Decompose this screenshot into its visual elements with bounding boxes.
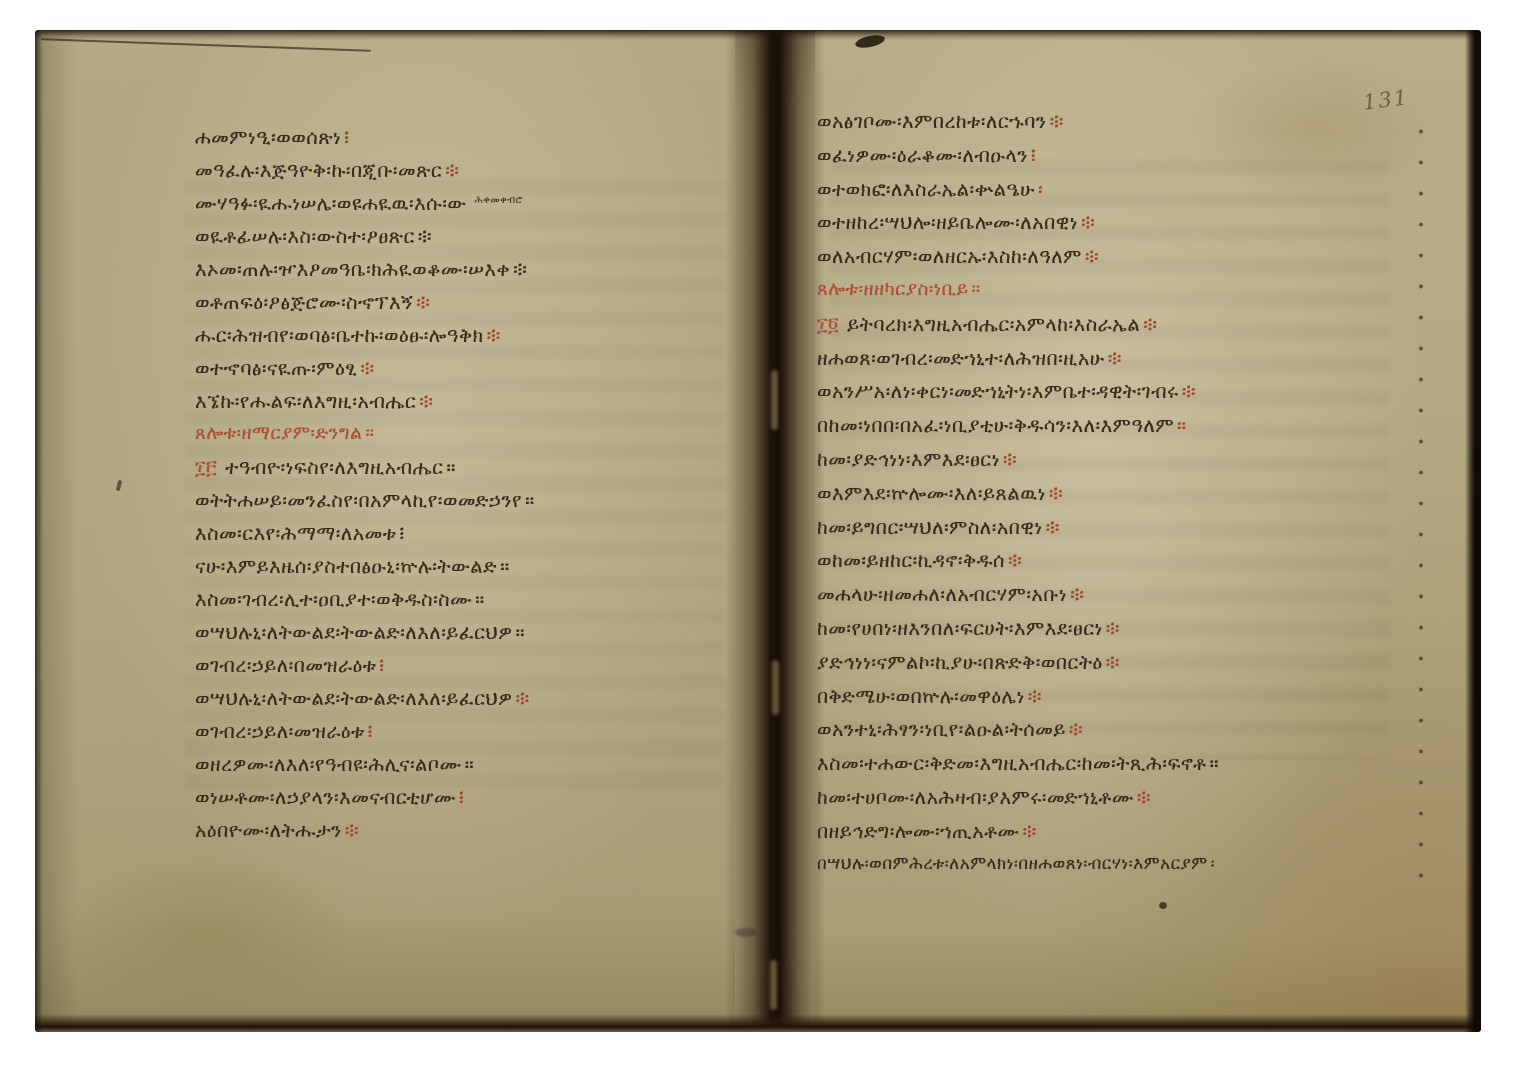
book-spread-photo: 131 ሐመምነዒ፡ወወሰጽነ፧መዓፈሉ፡እጅዓዮቅ፡ኩ፡በጂቡ፡መጽር፨ሙሃዓ… <box>35 30 1481 1032</box>
manuscript-line: ከመ፡ያድኅነነ፡እምእደ፡ፀርነ፨ <box>817 448 1224 482</box>
line-text: ከመ፡ይግበር፡ሣህለ፡ምስለ፡አበዊነ <box>817 516 1043 539</box>
line-end-mark: ፨ <box>1023 820 1037 843</box>
line-text: ተዓብዮ፡ነፍስየ፡ለእግዚአብሔር <box>225 456 443 479</box>
canticle-number: ፲፫ <box>195 456 217 479</box>
line-end-mark: ፨ <box>1049 482 1063 505</box>
manuscript-line: ወአንተኒ፡ሕፃን፡ነቢየ፡ልዑል፡ትሰመይ፨ <box>817 718 1224 752</box>
line-text: ወትትሐሠይ፡መንፈስየ፡በአምላኪየ፡ወመድኃንየ <box>195 489 522 512</box>
binding-stitch <box>770 960 777 1010</box>
line-text: ያድኅነነ፡ናምልኮ፡ኪያሁ፡በጽድቅ፡ወበርትዕ <box>817 651 1103 674</box>
ink-speck <box>1159 902 1167 909</box>
line-text: በቅድሜሁ፡ወበኵሉ፡መዋዕሌነ <box>817 685 1025 708</box>
manuscript-line: እኜኩ፡የሑልፍ፡ለእግዚ፡አብሔር፨ <box>195 390 540 423</box>
manuscript-line: መዓፈሉ፡እጅዓዮቅ፡ኩ፡በጂቡ፡መጽር፨ <box>195 159 540 192</box>
line-end-mark: ። <box>475 588 485 611</box>
line-end-mark: ። <box>972 279 981 300</box>
line-text: በሣህሉ፡ወበምሕረቱ፡ለአምላክነ፡በዘሐወጸነ፡ብርሃነ፡እምአርያም <box>817 854 1208 874</box>
line-text: ወተወክፎ፡ለእስራኤል፡ቍልዔሁ <box>817 178 1035 201</box>
line-text: ወሣህሉኒ፡ለትውልደ፡ትውልድ፡ለእለ፡ይፈርህዎ <box>195 621 512 644</box>
line-end-mark: ፨ <box>418 225 432 248</box>
manuscript-line: ወፈነዎሙ፡ዕራቆሙ፡ለብዑላን፧ <box>817 144 1224 178</box>
line-end-mark: ፨ <box>1008 549 1022 572</box>
line-text: መሐላሁ፡ዘመሐለ፡ለአብርሃም፡አቡነ <box>817 583 1067 606</box>
manuscript-line: ወእምእደ፡ኵሎሙ፡እለ፡ይጸልዉነ፨ <box>817 482 1224 516</box>
line-end-mark: ። <box>446 456 456 479</box>
line-end-mark: ። <box>515 621 525 644</box>
line-text: ወዪቶፊሠሉ፡እስ፡ውስተ፡ዖፀጽር <box>195 225 415 248</box>
pencil-smudge <box>735 928 757 937</box>
manuscript-line: እስመ፡ገብረ፡ሊተ፡ዐቢያተ፡ወቅዱስ፡ስሙ። <box>195 588 540 621</box>
manuscript-line: ሙሃዓፉ፡ዪሑነሠሌ፡ወዩሐዪዉ፡እሱ፡ውሕቀመቀብሮ <box>195 192 540 225</box>
line-end-mark: ፨ <box>1081 211 1095 234</box>
manuscript-line: ወገብረ፡ኃይለ፡መዝራዕቱ፧ <box>195 720 540 753</box>
stain <box>55 852 355 1012</box>
manuscript-line: ፲፫ተዓብዮ፡ነፍስየ፡ለእግዚአብሔር። <box>195 456 540 489</box>
prick-marks <box>1417 116 1425 896</box>
line-end-mark: ፧ <box>379 654 384 677</box>
manuscript-line: ወከመ፡ይዘከር፡ኪዳኖ፡ቅዱሰ፨ <box>817 549 1224 583</box>
manuscript-line: ሑር፡ሕዝብየ፡ወባፅ፡ቤተኩ፡ወዕፁ፡ሎዓቅክ፨ <box>195 324 540 357</box>
manuscript-line: ወአንሥአ፡ለነ፡ቀርነ፡መድኀኒትነ፡እምቤተ፡ዳዊት፡ገብሩ፨ <box>817 380 1224 414</box>
line-text: ሐመምነዒ፡ወወሰጽነ <box>195 126 341 149</box>
manuscript-line: ወገብረ፡ኃይለ፡በመዝራዕቱ፧ <box>195 654 540 687</box>
line-text: ወዘረዎሙ፡ለእለ፡የዓብዩ፡ሕሊና፡ልቦሙ <box>195 753 462 776</box>
line-text: ወአንሥአ፡ለነ፡ቀርነ፡መድኀኒትነ፡እምቤተ፡ዳዊት፡ገብሩ <box>817 380 1179 403</box>
line-end-mark: ፡ <box>1211 854 1216 874</box>
line-text: በዘይኅድግ፡ሎሙ፡ኀጢአቶሙ <box>817 820 1020 843</box>
line-text: ወገብረ፡ኃይለ፡መዝራዕቱ <box>195 720 365 743</box>
line-end-mark: ፨ <box>513 258 527 281</box>
line-text: ናሁ፡እምይእዜሰ፡ያስተበፅዑኒ፡ኵሉ፡ትውልድ <box>195 555 497 578</box>
manuscript-line: ሐመምነዒ፡ወወሰጽነ፧ <box>195 126 540 159</box>
line-end-mark: ፨ <box>1106 617 1120 640</box>
binding-stitch <box>771 370 778 430</box>
line-text: እኜኩ፡የሑልፍ፡ለእግዚ፡አብሔር <box>195 390 416 413</box>
manuscript-line: በከመ፡ነበበ፡በአፈ፡ነቢያቲሁ፡ቅዱሳን፡እለ፡እምዓለም። <box>817 414 1224 448</box>
text-column-left: ሐመምነዒ፡ወወሰጽነ፧መዓፈሉ፡እጅዓዮቅ፡ኩ፡በጂቡ፡መጽር፨ሙሃዓፉ፡ዪሑ… <box>195 126 540 852</box>
line-text: እስመ፡ርእየ፡ሕማማ፡ለአመቱ <box>195 522 396 545</box>
binding-stitch <box>772 660 779 715</box>
line-text: እስመ፡ተሐውር፡ቅድመ፡እግዚአብሔር፡ከመ፡ትጺሕ፡ፍኖቶ <box>817 752 1206 775</box>
line-end-mark: ፧ <box>368 720 373 743</box>
line-text: ጸሎቱ፡ዘማርያም፡ድንግል <box>195 423 362 444</box>
manuscript-line: ወቶጠፍዕ፡ዖፅጅሮሙ፡ስኆፕእኝ፨ <box>195 291 540 324</box>
line-text: ጸሎቱ፡ዘዘካርያስ፡ነቢይ <box>817 279 969 300</box>
line-end-mark: ፨ <box>1085 245 1099 268</box>
line-text: ወነሠቶሙ፡ለኃያላን፡እመናብርቲሆሙ <box>195 786 456 809</box>
line-end-mark: ። <box>1209 752 1219 775</box>
manuscript-line: ወነሠቶሙ፡ለኃያላን፡እመናብርቲሆሙ፧ <box>195 786 540 819</box>
manuscript-line: ከመ፡ተሀቦሙ፡ለአሕዛብ፡ያእምሩ፡መድኀኒቶሙ፨ <box>817 786 1224 820</box>
line-text: አዕበዮሙ፡ለትሑታን <box>195 819 342 842</box>
photo-edge-right <box>1465 30 1481 1032</box>
line-text: እኦመ፡ጠሉ፡ዦእዖመዓቤ፡ክሕዪወቆሙ፡ሠእቀ <box>195 258 510 281</box>
line-end-mark: ፧ <box>459 786 464 809</box>
line-end-mark: ፧ <box>344 126 349 149</box>
line-text: ወከመ፡ይዘከር፡ኪዳኖ፡ቅዱሰ <box>817 549 1005 572</box>
manuscript-line: ያድኅነነ፡ናምልኮ፡ኪያሁ፡በጽድቅ፡ወበርትዕ፨ <box>817 651 1224 685</box>
line-end-mark: ። <box>500 555 510 578</box>
manuscript-scan: 131 ሐመምነዒ፡ወወሰጽነ፧መዓፈሉ፡እጅዓዮቅ፡ኩ፡በጂቡ፡መጽር፨ሙሃዓ… <box>0 0 1515 1071</box>
text-column-right: ወአፅገቦሙ፡እምበረከቱ፡ለርኁባን፨ወፈነዎሙ፡ዕራቆሙ፡ለብዑላን፧ወተወ… <box>817 110 1224 887</box>
line-end-mark: ፨ <box>1106 651 1120 674</box>
manuscript-line: መሐላሁ፡ዘመሐለ፡ለአብርሃም፡አቡነ፨ <box>817 583 1224 617</box>
line-text: ዘሐወጸ፡ወገብረ፡መድኀኒተ፡ለሕዝበ፡ዚአሁ <box>817 347 1105 370</box>
photo-edge-bottom <box>35 1014 1481 1032</box>
photo-edge-left <box>35 30 43 1032</box>
manuscript-line: ወለአብርሃም፡ወለዘርኡ፡እስከ፡ለዓለም፨ <box>817 245 1224 279</box>
line-text: መዓፈሉ፡እጅዓዮቅ፡ኩ፡በጂቡ፡መጽር <box>195 159 442 182</box>
manuscript-line: እስመ፡ተሐውር፡ቅድመ፡እግዚአብሔር፡ከመ፡ትጺሕ፡ፍኖቶ። <box>817 752 1224 786</box>
manuscript-line: ወተዘከረ፡ሣህሎ፡ዘይቤሎሙ፡ለአበዊነ፨ <box>817 211 1224 245</box>
line-end-mark: ፨ <box>1050 110 1064 133</box>
line-end-mark: ። <box>365 423 374 444</box>
line-text: ወእምእደ፡ኵሎሙ፡እለ፡ይጸልዉነ <box>817 482 1046 505</box>
line-end-mark: ፨ <box>1046 516 1060 539</box>
line-end-mark: ። <box>465 753 475 776</box>
line-end-mark: ። <box>525 489 535 512</box>
manuscript-line: ጸሎቱ፡ዘማርያም፡ድንግል። <box>195 423 540 456</box>
book-gutter <box>725 30 825 1032</box>
line-end-mark: ፧ <box>399 522 404 545</box>
canticle-number: ፲፬ <box>817 313 839 336</box>
manuscript-line: ወዘረዎሙ፡ለእለ፡የዓብዩ፡ሕሊና፡ልቦሙ። <box>195 753 540 786</box>
line-end-mark: ፨ <box>487 324 501 347</box>
line-text: ወአፅገቦሙ፡እምበረከቱ፡ለርኁባን <box>817 110 1047 133</box>
line-text: ወገብረ፡ኃይለ፡በመዝራዕቱ <box>195 654 376 677</box>
manuscript-line: ወተኆባፅ፡ናዪጡ፡ምዕፂ፨ <box>195 357 540 390</box>
line-text: ሙሃዓፉ፡ዪሑነሠሌ፡ወዩሐዪዉ፡እሱ፡ው <box>195 192 467 215</box>
line-text: እስመ፡ገብረ፡ሊተ፡ዐቢያተ፡ወቅዱስ፡ስሙ <box>195 588 472 611</box>
line-end-mark: ፨ <box>1137 786 1151 809</box>
line-end-mark: ፨ <box>360 357 374 380</box>
line-text: ወአንተኒ፡ሕፃን፡ነቢየ፡ልዑል፡ትሰመይ <box>817 718 1066 741</box>
manuscript-line: በሣህሉ፡ወበምሕረቱ፡ለአምላክነ፡በዘሐወጸነ፡ብርሃነ፡እምአርያም፡ <box>817 854 1224 888</box>
line-end-mark: ፨ <box>416 291 430 314</box>
line-end-mark: ፨ <box>515 687 529 710</box>
manuscript-line: እስመ፡ርእየ፡ሕማማ፡ለአመቱ፧ <box>195 522 540 555</box>
line-text: ወፈነዎሙ፡ዕራቆሙ፡ለብዑላን <box>817 144 1028 167</box>
line-end-mark: ፨ <box>1108 347 1122 370</box>
manuscript-line: ፲፬ይትባረክ፡እግዚአብሔር፡አምላከ፡እስራኤል፨ <box>817 313 1224 347</box>
line-text: ወለአብርሃም፡ወለዘርኡ፡እስከ፡ለዓለም <box>817 245 1082 268</box>
manuscript-line: ወትትሐሠይ፡መንፈስየ፡በአምላኪየ፡ወመድኃንየ። <box>195 489 540 522</box>
manuscript-line: ከመ፡ይግበር፡ሣህለ፡ምስለ፡አበዊነ፨ <box>817 516 1224 550</box>
manuscript-line: ናሁ፡እምይእዜሰ፡ያስተበፅዑኒ፡ኵሉ፡ትውልድ። <box>195 555 540 588</box>
manuscript-line: ወዪቶፊሠሉ፡እስ፡ውስተ፡ዖፀጽር፨ <box>195 225 540 258</box>
manuscript-line: እኦመ፡ጠሉ፡ዦእዖመዓቤ፡ክሕዪወቆሙ፡ሠእቀ፨ <box>195 258 540 291</box>
manuscript-line: ጸሎቱ፡ዘዘካርያስ፡ነቢይ። <box>817 279 1224 313</box>
manuscript-line: ዘሐወጸ፡ወገብረ፡መድኀኒተ፡ለሕዝበ፡ዚአሁ፨ <box>817 347 1224 381</box>
line-end-mark: ፨ <box>1070 583 1084 606</box>
line-end-mark: ፡ <box>1038 178 1043 201</box>
manuscript-line: በዘይኅድግ፡ሎሙ፡ኀጢአቶሙ፨ <box>817 820 1224 854</box>
line-end-mark: ፨ <box>1069 718 1083 741</box>
manuscript-line: ወሣህሉኒ፡ለትውልደ፡ትውልድ፡ለእለ፡ይፈርህዎ፨ <box>195 687 540 720</box>
photo-edge-top <box>35 30 1481 40</box>
line-text: ከመ፡ያድኅነነ፡እምእደ፡ፀርነ <box>817 448 1000 471</box>
line-text: ወቶጠፍዕ፡ዖፅጅሮሙ፡ስኆፕእኝ <box>195 291 413 314</box>
line-end-mark: ፨ <box>1028 685 1042 708</box>
line-end-mark: ፨ <box>1182 380 1196 403</box>
line-end-mark: ፨ <box>1143 313 1157 336</box>
manuscript-line: በቅድሜሁ፡ወበኵሉ፡መዋዕሌነ፨ <box>817 685 1224 719</box>
line-text: ከመ፡የሀበነ፡ዘእንበለ፡ፍርሀት፡እምእደ፡ፀርነ <box>817 617 1103 640</box>
line-text: በከመ፡ነበበ፡በአፈ፡ነቢያቲሁ፡ቅዱሳን፡እለ፡እምዓለም <box>817 414 1174 437</box>
line-text: ከመ፡ተሀቦሙ፡ለአሕዛብ፡ያእምሩ፡መድኀኒቶሙ <box>817 786 1134 809</box>
line-end-mark: ፨ <box>345 819 359 842</box>
line-text: ወሣህሉኒ፡ለትውልደ፡ትውልድ፡ለእለ፡ይፈርህዎ <box>195 687 512 710</box>
line-end-mark: ፨ <box>1003 448 1017 471</box>
line-end-mark: ፨ <box>419 390 433 413</box>
manuscript-line: ወአፅገቦሙ፡እምበረከቱ፡ለርኁባን፨ <box>817 110 1224 144</box>
line-end-mark: ፧ <box>1031 144 1036 167</box>
line-text: ወተኆባፅ፡ናዪጡ፡ምዕፂ <box>195 357 357 380</box>
manuscript-line: ወተወክፎ፡ለእስራኤል፡ቍልዔሁ፡ <box>817 178 1224 212</box>
manuscript-line: ወሣህሉኒ፡ለትውልደ፡ትውልድ፡ለእለ፡ይፈርህዎ። <box>195 621 540 654</box>
manuscript-line: ከመ፡የሀበነ፡ዘእንበለ፡ፍርሀት፡እምእደ፡ፀርነ፨ <box>817 617 1224 651</box>
line-text: ወተዘከረ፡ሣህሎ፡ዘይቤሎሙ፡ለአበዊነ <box>817 211 1078 234</box>
line-end-mark: ፨ <box>445 159 459 182</box>
manuscript-line: አዕበዮሙ፡ለትሑታን፨ <box>195 819 540 852</box>
line-text: ሑር፡ሕዝብየ፡ወባፅ፡ቤተኩ፡ወዕፁ፡ሎዓቅክ <box>195 324 484 347</box>
line-text: ይትባረክ፡እግዚአብሔር፡አምላከ፡እስራኤል <box>847 313 1140 336</box>
interlinear-note: ሕቀመቀብሮ <box>475 195 523 206</box>
line-end-mark: ። <box>1177 414 1187 437</box>
